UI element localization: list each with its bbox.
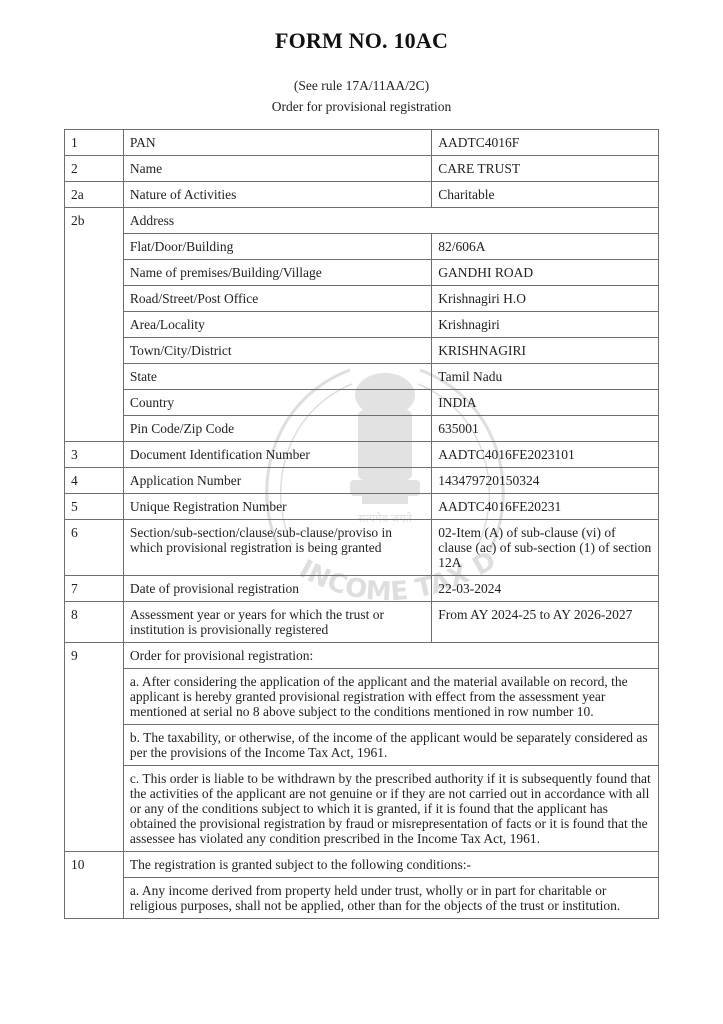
rule-reference: (See rule 17A/11AA/2C) (0, 78, 723, 94)
field-value: 02-Item (A) of sub-clause (vi) of clause… (432, 520, 659, 576)
field-value: CARE TRUST (432, 156, 659, 182)
field-label: Road/Street/Post Office (123, 286, 431, 312)
field-label: Date of provisional registration (123, 576, 431, 602)
field-value: INDIA (432, 390, 659, 416)
field-label: PAN (123, 130, 431, 156)
form-subtitle: Order for provisional registration (0, 99, 723, 115)
serial-number: 4 (65, 468, 124, 494)
field-label: Pin Code/Zip Code (123, 416, 431, 442)
table-row: 2a Nature of Activities Charitable (65, 182, 659, 208)
field-label: Unique Registration Number (123, 494, 431, 520)
section-heading: Address (123, 208, 658, 234)
order-clause: b. The taxability, or otherwise, of the … (123, 725, 658, 766)
field-label: Application Number (123, 468, 431, 494)
serial-number: 10 (65, 852, 124, 919)
table-row: 10 The registration is granted subject t… (65, 852, 659, 878)
field-label: Document Identification Number (123, 442, 431, 468)
table-row: 1 PAN AADTC4016F (65, 130, 659, 156)
serial-number: 9 (65, 643, 124, 852)
field-value: Krishnagiri (432, 312, 659, 338)
section-heading: Order for provisional registration: (123, 643, 658, 669)
field-label: Area/Locality (123, 312, 431, 338)
table-row: 6 Section/sub-section/clause/sub-clause/… (65, 520, 659, 576)
field-value: KRISHNAGIRI (432, 338, 659, 364)
serial-number: 3 (65, 442, 124, 468)
serial-number: 2 (65, 156, 124, 182)
field-label: Nature of Activities (123, 182, 431, 208)
form-title: FORM NO. 10AC (0, 28, 723, 54)
serial-number: 1 (65, 130, 124, 156)
condition-clause: a. Any income derived from property held… (123, 878, 658, 919)
section-heading: The registration is granted subject to t… (123, 852, 658, 878)
order-clause: a. After considering the application of … (123, 669, 658, 725)
field-value: 82/606A (432, 234, 659, 260)
table-row: c. This order is liable to be withdrawn … (65, 766, 659, 852)
field-value: AADTC4016FE2023101 (432, 442, 659, 468)
serial-number: 2a (65, 182, 124, 208)
table-row: 3 Document Identification Number AADTC40… (65, 442, 659, 468)
table-row: Pin Code/Zip Code 635001 (65, 416, 659, 442)
field-value: Krishnagiri H.O (432, 286, 659, 312)
table-row: 5 Unique Registration Number AADTC4016FE… (65, 494, 659, 520)
table-row: 2 Name CARE TRUST (65, 156, 659, 182)
field-value: 635001 (432, 416, 659, 442)
registration-table: 1 PAN AADTC4016F 2 Name CARE TRUST 2a Na… (64, 129, 659, 919)
table-row: Name of premises/Building/Village GANDHI… (65, 260, 659, 286)
order-clause: c. This order is liable to be withdrawn … (123, 766, 658, 852)
field-label: Country (123, 390, 431, 416)
table-row: Town/City/District KRISHNAGIRI (65, 338, 659, 364)
field-value: 22-03-2024 (432, 576, 659, 602)
field-value: Tamil Nadu (432, 364, 659, 390)
table-row: 7 Date of provisional registration 22-03… (65, 576, 659, 602)
table-row: b. The taxability, or otherwise, of the … (65, 725, 659, 766)
serial-number: 8 (65, 602, 124, 643)
field-label: Town/City/District (123, 338, 431, 364)
field-label: Flat/Door/Building (123, 234, 431, 260)
field-value: 143479720150324 (432, 468, 659, 494)
serial-number: 6 (65, 520, 124, 576)
field-label: Name of premises/Building/Village (123, 260, 431, 286)
serial-number: 5 (65, 494, 124, 520)
table-row: Area/Locality Krishnagiri (65, 312, 659, 338)
table-row: 2b Address (65, 208, 659, 234)
table-row: Flat/Door/Building 82/606A (65, 234, 659, 260)
table-row: a. Any income derived from property held… (65, 878, 659, 919)
field-value: AADTC4016FE20231 (432, 494, 659, 520)
table-row: a. After considering the application of … (65, 669, 659, 725)
serial-number: 7 (65, 576, 124, 602)
field-value: From AY 2024-25 to AY 2026-2027 (432, 602, 659, 643)
field-label: State (123, 364, 431, 390)
serial-number: 2b (65, 208, 124, 442)
table-row: Country INDIA (65, 390, 659, 416)
field-value: GANDHI ROAD (432, 260, 659, 286)
table-row: 9 Order for provisional registration: (65, 643, 659, 669)
table-row: Road/Street/Post Office Krishnagiri H.O (65, 286, 659, 312)
field-label: Section/sub-section/clause/sub-clause/pr… (123, 520, 431, 576)
field-label: Name (123, 156, 431, 182)
field-value: Charitable (432, 182, 659, 208)
field-value: AADTC4016F (432, 130, 659, 156)
table-row: 4 Application Number 143479720150324 (65, 468, 659, 494)
field-label: Assessment year or years for which the t… (123, 602, 431, 643)
table-row: State Tamil Nadu (65, 364, 659, 390)
table-row: 8 Assessment year or years for which the… (65, 602, 659, 643)
